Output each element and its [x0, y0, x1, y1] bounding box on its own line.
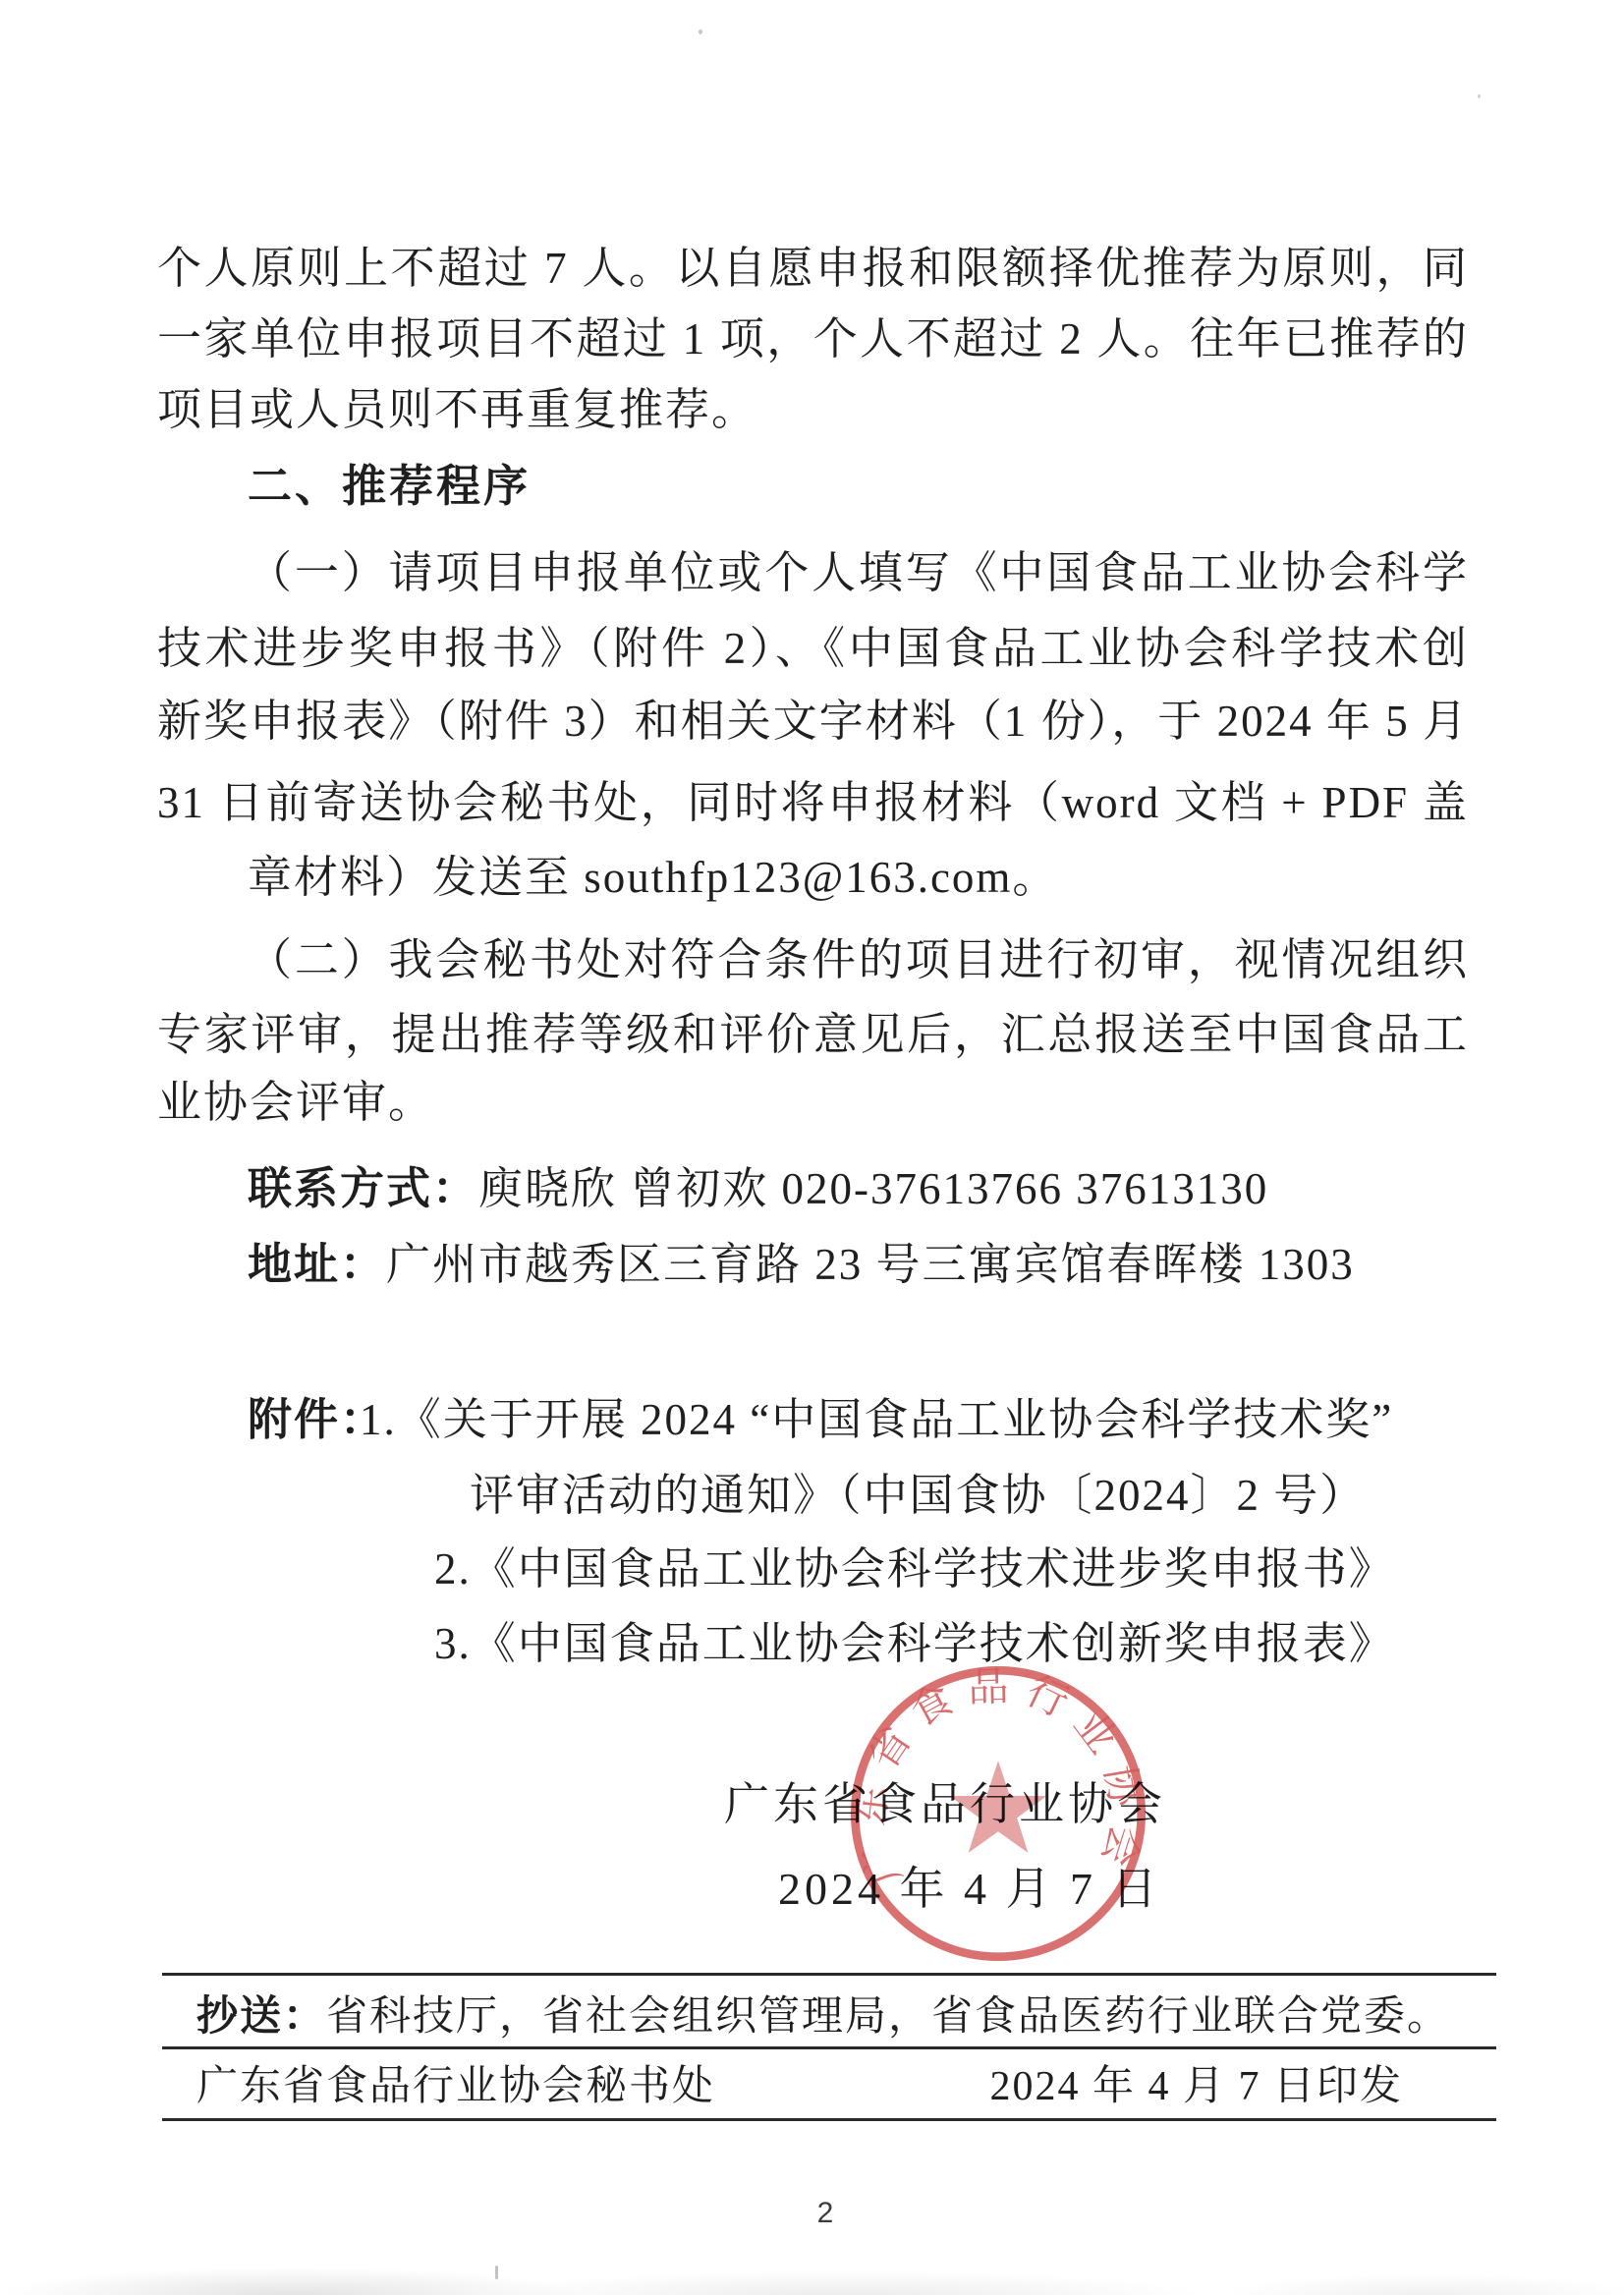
- body-line: 项目或人员则不再重复推荐。: [157, 380, 1469, 439]
- contact-line: 联系方式：庾晓欣 曾初欢 020-37613766 37613130: [157, 1159, 1469, 1218]
- cc-label: 抄送：: [196, 1992, 326, 2039]
- issuer-name: 广东省食品行业协会秘书处: [196, 2059, 715, 2114]
- address-value: 广州市越秀区三育路 23 号三寓宾馆春晖楼 1303: [386, 1240, 1355, 1289]
- document-page: 个人原则上不超过 7 人。以自愿申报和限额择优推荐为原则，同 一家单位申报项目不…: [0, 0, 1624, 2295]
- address-line: 地址：广州市越秀区三育路 23 号三寓宾馆春晖楼 1303: [157, 1235, 1469, 1294]
- print-date: 2024 年 4 月 7 日印发: [989, 2059, 1403, 2114]
- section-heading: 二、推荐程序: [157, 457, 1469, 516]
- cc-row: 抄送：省科技厅，省社会组织管理局，省食品医药行业联合党委。: [196, 1988, 1496, 2044]
- footer-rule-top: [162, 1973, 1496, 1976]
- body-line: 章材料）发送至 southfp123@163.com。: [157, 848, 1469, 907]
- contact-label: 联系方式：: [248, 1163, 478, 1213]
- scan-speck: [1478, 94, 1481, 98]
- footer-rule-middle: [162, 2046, 1496, 2049]
- official-seal-stamp: 广东省食品行业协会: [838, 1653, 1158, 1974]
- body-line: 专家评审，提出推荐等级和评价意见后，汇总报送至中国食品工: [157, 1005, 1469, 1064]
- footer-rule-bottom: [162, 2118, 1496, 2121]
- issuer-row: 广东省食品行业协会秘书处 2024 年 4 月 7 日印发: [196, 2059, 1496, 2114]
- seal-star-icon: [950, 1761, 1047, 1853]
- cc-value: 省科技厅，省社会组织管理局，省食品医药行业联合党委。: [326, 1994, 1450, 2040]
- body-line: （二）我会秘书处对符合条件的项目进行初审，视情况组织: [157, 930, 1469, 989]
- body-line: 技术进步奖申报书》（附件 2）、《中国食品工业协会科学技术创: [157, 619, 1469, 678]
- scan-speck: [699, 29, 702, 34]
- body-line: 个人原则上不超过 7 人。以自愿申报和限额择优推荐为原则，同: [157, 239, 1469, 298]
- attachment-item: 1.《关于开展 2024 “中国食品工业协会科学技术奖”: [360, 1390, 1393, 1449]
- attachment-item-continued: 评审活动的通知》（中国食协〔2024〕2 号）: [470, 1466, 1366, 1525]
- body-line: 新奖申报表》（附件 3）和相关文字材料（1 份），于 2024 年 5 月: [157, 692, 1469, 751]
- scan-noise-band: [0, 2244, 1624, 2295]
- attachment-item: 2.《中国食品工业协会科学技术进步奖申报书》: [434, 1539, 1395, 1598]
- body-line: （一）请项目申报单位或个人填写《中国食品工业协会科学: [157, 543, 1469, 602]
- body-line: 一家单位申报项目不超过 1 项，个人不超过 2 人。往年已推荐的: [157, 309, 1469, 368]
- address-label: 地址：: [248, 1239, 386, 1289]
- body-line: 31 日前寄送协会秘书处，同时将申报材料（word 文档 + PDF 盖: [157, 773, 1469, 832]
- body-line: 业协会评审。: [157, 1073, 1469, 1132]
- page-number: 2: [0, 2197, 1624, 2230]
- scan-speck: [495, 2266, 498, 2279]
- contact-value: 庾晓欣 曾初欢 020-37613766 37613130: [478, 1164, 1268, 1213]
